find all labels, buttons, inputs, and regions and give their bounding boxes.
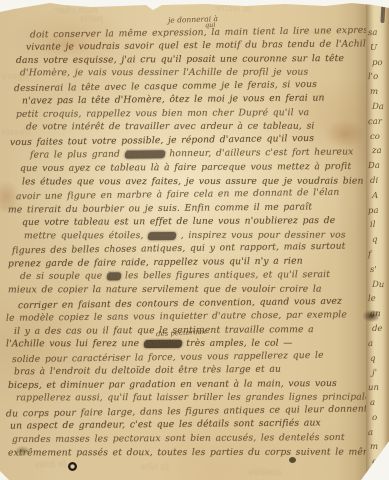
dark-speck-bottom — [289, 457, 296, 463]
manuscript-scan: mon cherla lettrede vousfiguredessinbien… — [0, 0, 389, 480]
adjacent-page-text-fragment: q — [370, 354, 375, 364]
bleedthrough-fragment: le bras — [35, 460, 66, 470]
adjacent-page-text-fragment: car — [368, 117, 382, 127]
adjacent-page-text-fragment: pa — [368, 206, 379, 216]
handwritten-line: vivante je voudrais savoir quel est le m… — [26, 38, 375, 53]
handwritten-line: de votre intérêt de travailler avec arde… — [26, 121, 315, 133]
bleedthrough-fragment: la lettre — [215, 4, 251, 14]
adjacent-page-text-fragment: po — [372, 58, 383, 68]
scratched-out-word: les — [106, 273, 121, 281]
adjacent-page-text-fragment: Da — [368, 161, 380, 171]
interline-insertion: des pectoraux — [156, 328, 206, 339]
adjacent-page-text-fragment: le — [368, 294, 376, 304]
scratched-out-word: honneur — [124, 151, 165, 159]
handwritten-line: solide pour caractériser la force, vous … — [12, 350, 324, 365]
handwritten-line: avoir une figure en marbre à faire cela … — [16, 187, 340, 203]
adjacent-page-text-fragment: o — [372, 413, 377, 423]
adjacent-page-text-fragment: j' — [372, 368, 377, 378]
adjacent-page-text-fragment: s' — [370, 265, 377, 275]
adjacent-page-text-fragment: e — [372, 457, 377, 467]
handwritten-line: d'Homère, je vais vous dessiner l'Achill… — [20, 67, 308, 79]
handwritten-line: fera le plus grand honneur honneur, d'ai… — [30, 147, 354, 161]
handwritten-line: figures des belles choses antiques, qui … — [12, 241, 346, 257]
adjacent-page-text-fragment: un — [368, 383, 379, 393]
handwritten-line: que vous ayez ce tableau là à faire parc… — [20, 161, 351, 174]
adjacent-page-text-fragment: za — [372, 146, 382, 156]
handwritten-line: corriger en faisant des contours de conv… — [18, 295, 342, 311]
handwritten-line: que votre tableau est un effet de lune v… — [22, 215, 335, 228]
adjacent-page-text-fragment: a — [368, 339, 373, 349]
adjacent-page-text-fragment: a — [370, 398, 375, 408]
interline-insertion: qui — [205, 21, 216, 30]
adjacent-page-text-fragment: q — [372, 235, 378, 245]
bleedthrough-fragment: la tête — [140, 463, 169, 473]
bleedthrough-fragment: amitiés — [248, 468, 281, 478]
handwritten-line: un aspect de grandeur, c'est que les dét… — [10, 418, 321, 432]
handwritten-line: les études que vous avez faites, je vous… — [22, 175, 364, 187]
adjacent-page-text-fragment: il — [370, 220, 375, 230]
handwritten-line: extrêmement passés et doux, toutes les p… — [8, 446, 377, 458]
letter-page: mon cherla lettrede vousfiguredessinbien… — [0, 0, 389, 480]
handwritten-line: dessinerai la tête avec le casque comme … — [14, 79, 317, 94]
adjacent-page-text-fragment: Du — [372, 279, 384, 289]
handwritten-line: bras à l'endroit du deltoïde doit être t… — [14, 364, 281, 378]
adjacent-page-text-fragment: m — [370, 442, 378, 452]
handwritten-line: mettre quelques étoiles, ——— , inspirez … — [24, 229, 346, 241]
adjacent-page-text-fragment: co — [370, 132, 380, 142]
adjacent-page-text-fragment: sa — [368, 28, 378, 38]
olive-spot-bottom-left — [15, 446, 30, 456]
handwritten-line: de si souple que les les belles figures … — [20, 269, 330, 282]
adjacent-page-text-fragment: l'o — [368, 72, 378, 82]
wormhole-dot — [68, 462, 77, 471]
scratched-out-word: ——— — [148, 232, 177, 240]
adjacent-page-text-fragment: A — [372, 191, 378, 201]
handwritten-line: grandes masses les pectoraux sont bien a… — [12, 432, 345, 445]
adjacent-page-text-fragment: U — [370, 43, 377, 53]
handwritten-line: n'avez pas la tête d'Homère, ôtez le moi… — [22, 93, 325, 107]
handwritten-line: l'Achille vous lui ferez une poitrine tr… — [6, 338, 293, 350]
adjacent-page-text-fragment: di — [370, 176, 378, 186]
handwritten-line: biceps, et diminuer par gradation en ven… — [8, 378, 337, 391]
adjacent-page-text-fragment: a — [368, 428, 373, 438]
handwritten-line: le modèle copiez le sans vous inquietter… — [6, 309, 347, 323]
handwritten-line: me tirerait du bourbier ou je suis. Enfi… — [8, 201, 312, 215]
adjacent-page-text-fragment: m — [370, 87, 378, 97]
scratched-out-word: poitrine — [143, 340, 182, 348]
handwritten-line: mieux de copier la nature servilement qu… — [8, 284, 322, 296]
adjacent-page-text-fragment: f — [368, 250, 371, 260]
handwritten-line: prenez garde de faire raide, rappellez v… — [8, 255, 303, 269]
bleedthrough-fragment: paris — [80, 14, 103, 24]
adjacent-page-text-fragment: de — [372, 324, 383, 334]
ink-blob-right-fold — [363, 310, 380, 322]
handwritten-line: rappellerez aussi, qu'il faut laisser br… — [16, 392, 375, 404]
page-fold-gutter — [336, 0, 370, 480]
adjacent-page-edge: saUpol'omDacarcozaDadiApailqfs'Duleandea… — [366, 0, 389, 480]
handwritten-line: petit croquis, rappellez vous bien mon c… — [16, 107, 309, 120]
handwritten-line: vous faites tout votre possible, je répo… — [10, 133, 314, 148]
handwritten-line: dans votre esquisse, j'ai cru qu'il posa… — [16, 53, 344, 66]
adjacent-page-text-fragment: Da — [372, 102, 384, 112]
